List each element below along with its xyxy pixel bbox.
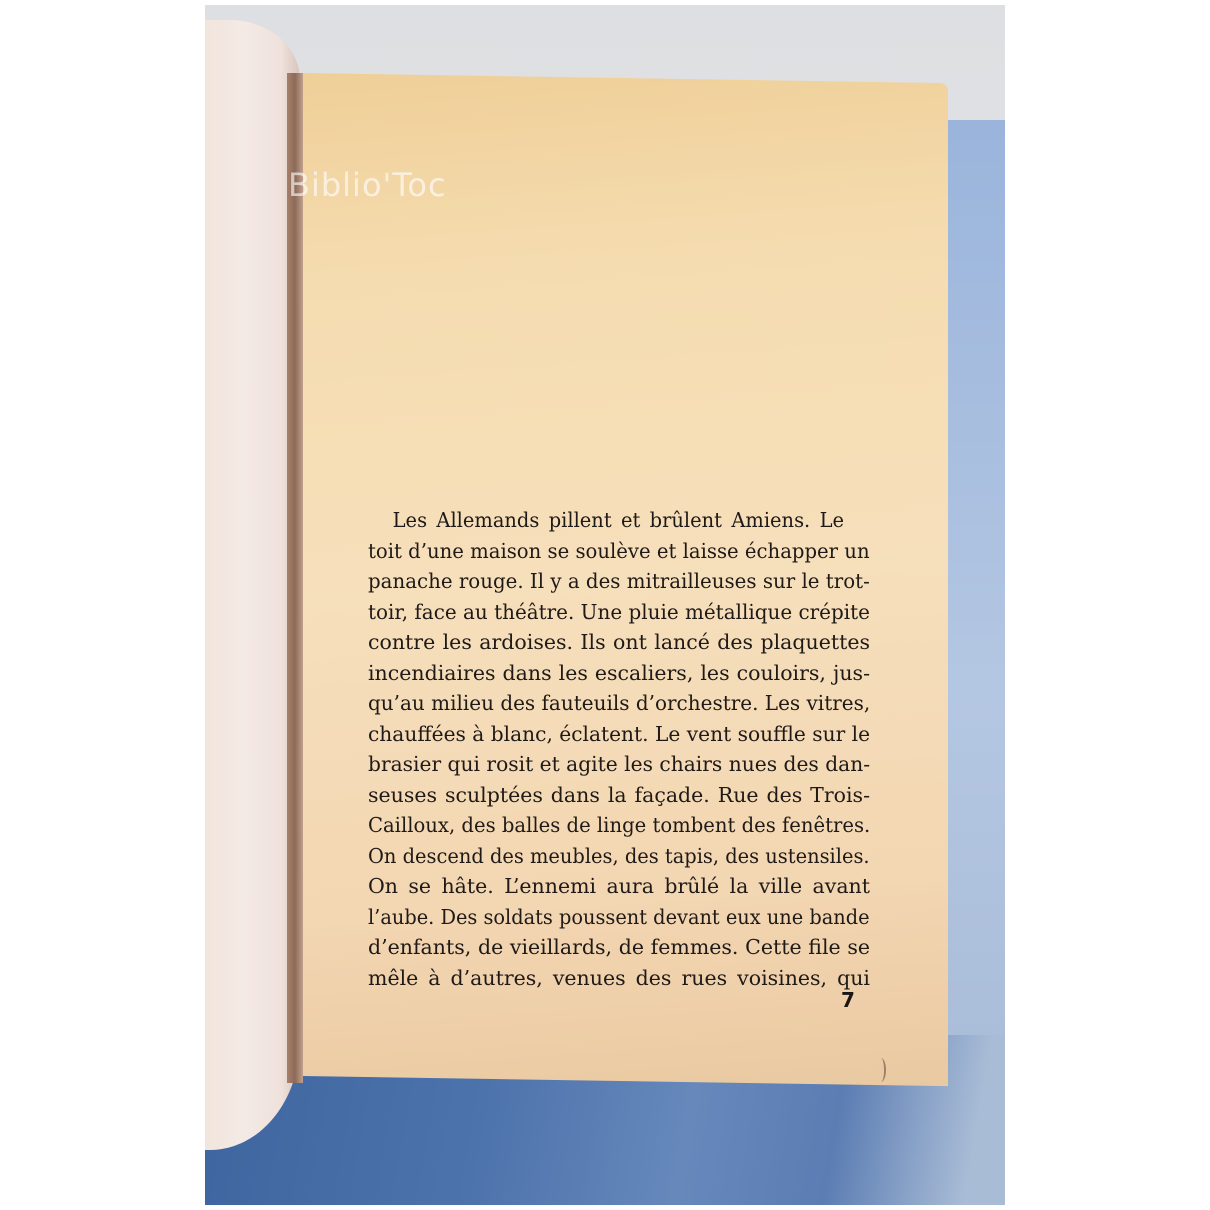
text-line: seuses sculptées dans la façade. Rue des… <box>368 780 870 811</box>
watermark-logo: Biblio'Toc <box>288 166 447 204</box>
left-page-edge <box>205 20 300 1150</box>
page-number: 7 <box>841 988 855 1012</box>
text-line: contre les ardoises. Ils ont lancé des p… <box>368 627 870 658</box>
text-line: Les Allemands pillent et brûlent Amiens.… <box>368 505 844 536</box>
text-line: chauffées à blanc, éclatent. Le vent sou… <box>368 719 862 750</box>
text-line: toit d’une maison se soulève et laisse é… <box>368 536 849 567</box>
page-paragraph: Les Allemands pillent et brûlent Amiens.… <box>368 505 868 993</box>
text-line: brasier qui rosit et agite les chairs nu… <box>368 749 863 780</box>
text-line: incendiaires dans les escaliers, les cou… <box>368 658 870 689</box>
book-gutter <box>287 73 303 1083</box>
text-line: mêle à d’autres, venues des rues voisine… <box>368 963 870 994</box>
text-line: l’aube. Des soldats poussent devant eux … <box>368 902 842 933</box>
text-line: panache rouge. Il y a des mitrailleuses … <box>368 566 853 597</box>
text-line: On se hâte. L’ennemi aura brûlé la ville… <box>368 871 870 902</box>
text-line: qu’au milieu des fauteuils d’orchestre. … <box>368 688 857 719</box>
text-line: Cailloux, des balles de linge tombent de… <box>368 810 848 841</box>
text-line: On descend des meubles, des tapis, des u… <box>368 841 843 872</box>
pencil-mark <box>876 1058 886 1082</box>
text-line: toir, face au théâtre. Une pluie métalli… <box>368 597 856 628</box>
text-line: d’enfants, de vieillards, de femmes. Cet… <box>368 932 870 963</box>
